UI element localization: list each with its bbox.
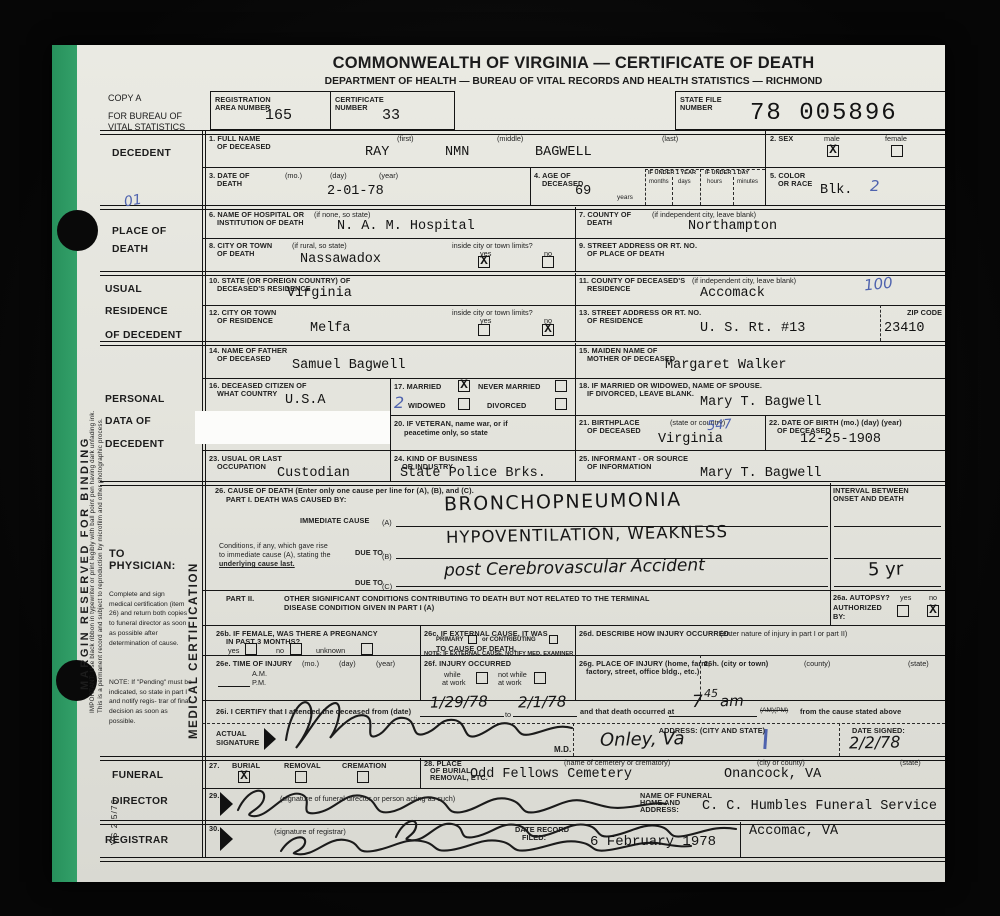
county-of-death-value: Northampton [688,219,777,234]
bureau-label-1: FOR BUREAU OF [108,111,182,121]
green-binding-strip [52,45,77,882]
conditions-note-3: underlying cause last. [219,560,295,569]
date-of-death-value: 2-01-78 [327,184,384,199]
field12-yes-checkbox [478,324,490,336]
state-file-label-2: NUMBER [680,103,713,112]
signature-pointer-physician [264,728,276,750]
field8-label-2: OF DEATH [217,249,255,258]
age-value: 69 [575,184,591,199]
field21-label-2: OF DECEASED [587,426,641,435]
field8-limits-label: inside city or town limits? [452,241,533,250]
death-time-minutes: 45 [704,687,718,700]
citizen-value: U.S.A [285,393,326,408]
cemetery-hint: (name of cemetery or crematory) [564,758,670,767]
vline-address [573,723,574,756]
burial-city-value: Onancock, VA [724,767,821,782]
vline-sex [765,130,766,205]
signature-pointer-registrar [220,827,233,851]
line-row1 [202,167,945,168]
field8-hint: (if rural, so state) [292,241,347,250]
certify-sentence-3: from the cause stated above [800,707,901,716]
field12-no-checkbox: X [542,324,554,336]
field15-label-2: MOTHER OF DECEASED [587,354,675,363]
interval-line-c [834,586,941,587]
date-of-birth-value: 12-25-1908 [800,432,881,447]
zip-label: ZIP CODE [907,308,942,317]
field26f-notwhile-checkbox [534,672,546,684]
residence-city-value: Melfa [310,321,351,336]
registration-area-label-2: AREA NUMBER [215,103,271,112]
field12-label-2: OF RESIDENCE [217,316,273,325]
married-mark: X [459,378,469,392]
field1-hint-first: (first) [397,134,414,143]
registration-box-divider [330,91,331,130]
blue-code-marital: 2 [394,393,404,412]
field13-label-2: OF RESIDENCE [587,316,643,325]
autopsy-no-label: no [929,593,937,602]
certificate-paper: MARGIN RESERVED FOR BINDING IMPORTANT: U… [52,45,945,882]
blue-tick-mark [763,729,767,749]
race-value: Blk. [820,183,852,198]
field3-label-2: DEATH [217,179,242,188]
field6-hint: (if none, so state) [314,210,370,219]
certificate-number-label-2: NUMBER [335,103,368,112]
field26b-unknown-checkbox [361,643,373,655]
birthplace-value: Virginia [658,432,723,447]
last-name-value: BAGWELL [535,145,592,160]
date-filed-value: 6 February 1978 [590,834,716,850]
field26e-hint-mo: (mo.) [302,659,319,668]
zip-divider [880,305,881,341]
under1year-months: months [649,179,669,185]
field26d-hint: (enter nature of injury in part I or par… [720,629,847,638]
side-label-medical-certification: MEDICAL CERTIFICATION [188,562,200,739]
side-label-registrar: REGISTRAR [105,835,168,846]
occupation-value: Custodian [277,466,350,481]
field12-limits-label: inside city or town limits? [452,308,533,317]
line-part2-top [202,590,945,591]
field11-hint: (if independent city, leave blank) [692,276,796,285]
vline-age [530,167,531,205]
cause-c-value: post Cerebrovascular Accident [444,555,705,580]
field3-hint-day: (day) [330,171,347,180]
physician-signature [280,690,580,754]
vline-date-signed [839,723,840,756]
autopsy-no-checkbox: X [927,605,939,617]
content-left-edge [202,130,203,857]
cause-a-label: (A) [382,518,392,527]
sex-female-checkbox [891,145,903,157]
under1day-label: IF UNDER 1 DAY [705,170,749,176]
vline-registrar [740,822,741,857]
under1year-label: IF UNDER 1 YEAR [648,170,696,176]
vline-p713 [765,415,766,450]
redaction-box [195,411,390,444]
middle-name-value: NMN [445,145,469,160]
field3-hint-year: (year) [379,171,398,180]
date-signed-value: 2/2/78 [849,732,901,752]
under1year-mid [672,177,673,205]
field30-number: 30. [209,824,219,833]
field8-yes-checkbox: X [478,256,490,268]
residence-state-value: Virginia [287,286,352,301]
industry-value: State Police Brks. [400,466,546,481]
vline-residence [575,273,576,341]
cemetery-value: Odd Fellows Cemetery [470,767,632,782]
funeral-home-address-value: Accomac, VA [749,824,838,839]
field26e-label: 26e. TIME OF INJURY [216,659,292,668]
autopsy-yes-checkbox [897,605,909,617]
side-label-physician-2: PHYSICIAN: [109,560,176,572]
sex-male-label: male [824,134,840,143]
field7-hint: (if independent city, leave blank) [652,210,756,219]
field26f-while-label-2: at work [442,678,466,687]
side-label-residence-3: OF DECEDENT [105,330,182,341]
cause-b-label: (B) [382,552,392,561]
certificate-title: COMMONWEALTH OF VIRGINIA — CERTIFICATE O… [202,54,945,73]
due-to-c-label: DUE TO [355,578,383,587]
rule-registrar-bottom [100,857,945,862]
sex-male-mark: X [828,143,838,157]
field27-number: 27. [209,761,219,770]
rule-place-bottom [100,271,945,276]
side-label-personal-1: PERSONAL [105,394,165,405]
field8-yes-mark: X [479,254,489,268]
blue-code-place: 01 [123,192,143,211]
first-name-value: RAY [365,145,389,160]
field23-label-2: OCCUPATION [217,462,266,471]
conditions-note-1: Conditions, if any, which gave rise [219,542,328,551]
spouse-value: Mary T. Bagwell [700,395,822,410]
field20-label-2: peacetime only, so state [404,428,488,437]
blue-code-birthplace: 547 [706,417,732,434]
field11-label-2: RESIDENCE [587,284,630,293]
field17-label: 17. MARRIED [394,382,441,391]
md-label: M.D. [554,745,571,755]
field6-label-2: INSTITUTION OF DEATH [217,218,304,227]
side-label-physician-1: TO [109,548,125,560]
side-label-place-1: PLACE OF [112,226,166,237]
side-label-funeral-2: DIRECTOR [112,796,168,807]
side-label-decedent: DECEDENT [112,148,171,159]
under1day-hours: hours [707,179,722,185]
field26b-yes-checkbox [245,643,257,655]
physician-pending-note: NOTE: If "Pending" must be indicated, so… [109,678,193,727]
married-checkbox: X [458,380,470,392]
field26b-no-label: no [276,646,284,655]
father-name-value: Samuel Bagwell [292,358,405,373]
field25-label-2: OF INFORMATION [587,462,652,471]
line-row5 [202,305,945,306]
side-label-residence-1: USUAL [105,284,142,295]
field26h-county-hint: (county) [804,659,830,668]
physician-address-value: Onley, Va [600,728,685,751]
side-label-funeral-1: FUNERAL [112,770,163,781]
margin-important-note: IMPORTANT: Use black ribbon in typewrite… [89,410,96,713]
line-26b-bottom [202,655,945,656]
informant-value: Mary T. Bagwell [700,466,822,481]
rule-residence-bottom [100,341,945,346]
line-row9 [202,450,945,451]
field16-label-2: WHAT COUNTRY [217,389,277,398]
burial-mark: X [239,769,249,783]
field26b-no-checkbox [290,643,302,655]
part2-label: PART II. [226,594,254,603]
never-married-checkbox [555,380,567,392]
interval-value: 5 yr [868,559,904,581]
under1day-left [700,169,701,205]
blue-code-county: 100 [863,274,893,295]
side-label-personal-2: DATA OF [105,416,151,427]
rule-decedent-bottom [100,205,945,210]
vline-26d [575,625,576,700]
burial-city-hint: (city or county) [757,758,805,767]
authorized-by-label: BY: [833,612,845,621]
certificate-subtitle: DEPARTMENT OF HEALTH — BUREAU OF VITAL R… [202,76,945,87]
field26e-hint-year: (year) [376,659,395,668]
rule-medical-bottom [100,756,945,761]
side-label-place-2: DEATH [112,244,148,255]
actual-signature-label-2: SIGNATURE [216,738,259,747]
immediate-cause-label: IMMEDIATE CAUSE [300,516,369,525]
vline-p338 [390,378,391,481]
field26g-label-2: factory, street, office bldg., etc.) [586,667,699,676]
cause-c-line [396,586,828,587]
state-file-number: 78 005896 [750,100,898,127]
field26e-pm-label: P.M. [252,678,266,687]
field2-label: 2. SEX [770,134,793,143]
line-row3 [202,238,945,239]
blue-code-race: 2 [870,177,880,195]
vline-interval [830,483,831,625]
field1-hint-last: (last) [662,134,678,143]
field14-label-2: OF DECEASED [217,354,271,363]
interval-line-a [834,526,941,527]
residence-county-value: Accomack [700,286,765,301]
never-married-label: NEVER MARRIED [478,382,541,391]
autopsy-label: 26a. AUTOPSY? [833,593,890,602]
field26h-label: 26h. (city or town) [704,659,768,668]
field1-label-2: OF DECEASED [217,142,271,151]
field26b-yes-label: yes [228,646,239,655]
autopsy-yes-label: yes [900,593,911,602]
field26e-am-label: A.M. [252,669,267,678]
divorced-label: DIVORCED [487,401,526,410]
interval-label-2: ONSET AND DEATH [833,494,904,503]
certificate-number: 33 [382,107,400,124]
field8-no-checkbox [542,256,554,268]
sex-female-label: female [885,134,907,143]
date-filed-label-2: FILED: [522,833,546,842]
ampm-label: (AM)(PM) [760,707,788,714]
field26c-contributing-label: or CONTRIBUTING [482,637,536,643]
certify-sentence-2: and that death occurred at [580,707,674,716]
residence-street-value: U. S. Rt. #13 [700,321,805,336]
scanned-death-certificate: MARGIN RESERVED FOR BINDING IMPORTANT: U… [0,0,1000,916]
field26c-note: NOTE: IF EXTERNAL CAUSE, NOTIFY MED. EXA… [424,651,573,657]
field26f-notwhile-label-2: at work [498,678,522,687]
hospital-value: N. A. M. Hospital [337,219,475,234]
field9-label-2: OF PLACE OF DEATH [587,249,664,258]
autopsy-no-mark: X [928,603,938,617]
field29-number: 29. [209,791,219,800]
cause-a-value: BRONCHOPNEUMONIA [444,489,682,516]
zip-value: 23410 [884,321,925,336]
field26c-primary-label: PRIMARY [436,637,463,643]
part2-text-2: DISEASE CONDITION GIVEN IN PART I (A) [284,603,434,612]
field12-no-mark: X [543,322,553,336]
copy-label: COPY A [108,93,141,103]
field26e-line [218,686,250,687]
side-label-residence-2: RESIDENCE [105,306,168,317]
age-unit-label: years [617,194,633,201]
field26f-label: 26f. INJURY OCCURRED [424,659,511,668]
conditions-note-2: to immediate cause (A), stating the [219,551,331,560]
death-time-ampm: am [720,692,744,710]
field7-label-2: DEATH [587,218,612,227]
vline-26c [420,625,421,700]
cremation-label: CREMATION [342,761,387,770]
physician-note: Complete and sign medical certification … [109,590,189,648]
field26h-state-hint: (state) [908,659,929,668]
registration-area-number: 165 [265,107,292,124]
under1day-mid [733,177,734,205]
field26b-unknown-label: unknown [316,646,345,655]
under1year-left [645,169,646,205]
part1-label: PART I. DEATH WAS CAUSED BY: [226,495,346,504]
content-left-edge-2 [205,130,206,857]
rule-personal-bottom [100,481,945,486]
side-label-personal-3: DECEDENT [105,439,164,450]
certify-time-line [669,716,757,717]
mother-name-value: Margaret Walker [665,358,787,373]
removal-label: REMOVAL [284,761,321,770]
margin-permanent-note: This is a permanent record and subject t… [97,418,104,713]
city-of-death-value: Nassawadox [300,252,381,267]
line-part2-bottom [202,625,945,626]
funeral-home-value: C. C. Humbles Funeral Service [702,799,937,814]
divorced-checkbox [555,398,567,410]
field5-label-2: OR RACE [778,179,812,188]
field1-hint-middle: (middle) [497,134,523,143]
vline-p523 [575,343,576,481]
widowed-checkbox [458,398,470,410]
line-row7 [202,378,945,379]
field26c-primary-checkbox [468,635,477,644]
field26f-while-checkbox [476,672,488,684]
hole-punch-top [57,210,98,251]
sex-male-checkbox: X [827,145,839,157]
field3-hint-mo: (mo.) [285,171,302,180]
vline-place [575,207,576,271]
under1year-days: days [678,179,691,185]
burial-state-hint: (state) [900,758,921,767]
death-time-hour: 7 [692,692,703,712]
widowed-label: WIDOWED [408,401,446,410]
field26e-hint-day: (day) [339,659,356,668]
field18-label-2: IF DIVORCED, LEAVE BLANK. [587,389,694,398]
due-to-b-label: DUE TO [355,548,383,557]
field26c-contributing-checkbox [549,635,558,644]
under1day-minutes: minutes [737,179,758,185]
field26d-label: 26d. DESCRIBE HOW INJURY OCCURRED. [579,629,731,638]
